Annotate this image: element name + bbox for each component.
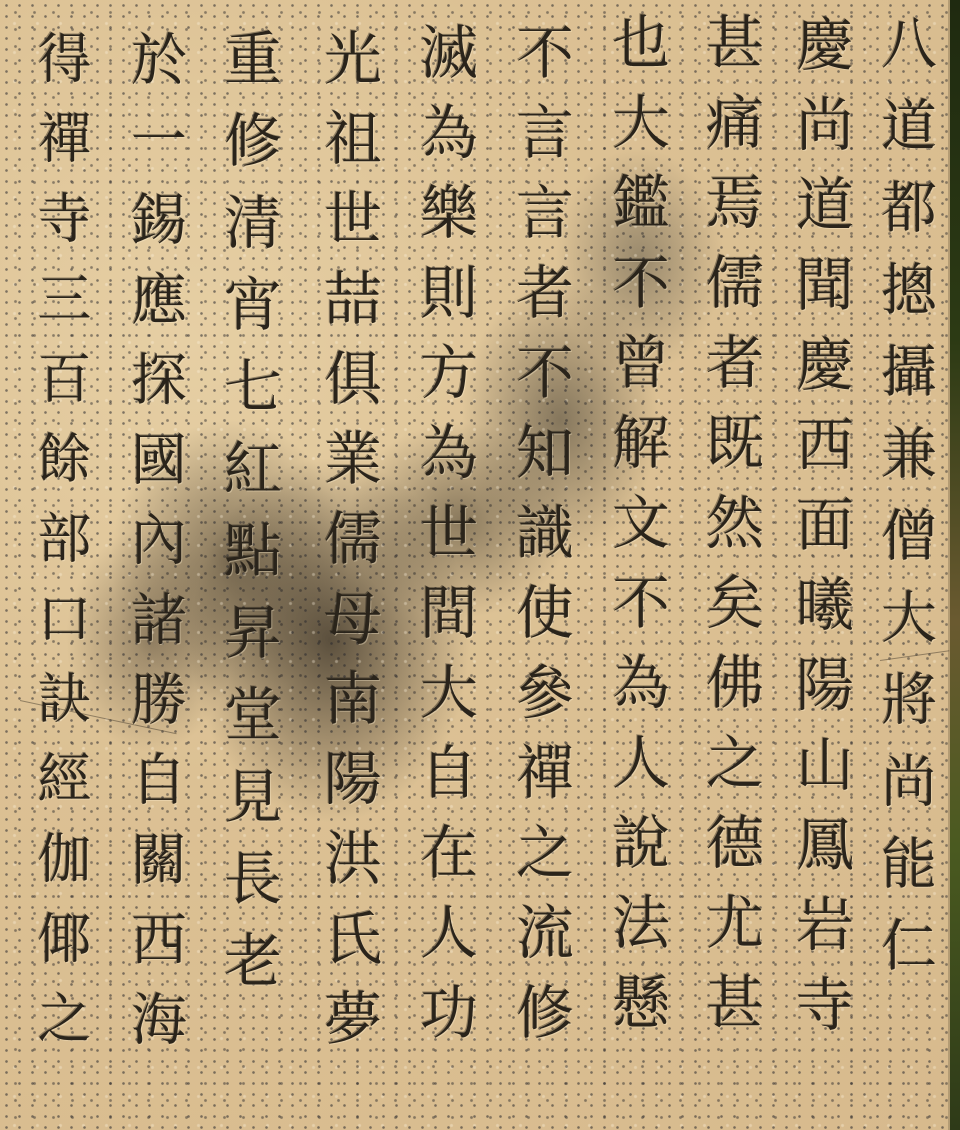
column-text: 八道都摠攝兼僧大將尚能仁 (876, 0, 932, 998)
inscription-column-5: 不言言者不知識使參禪之流修 (492, 0, 588, 1130)
inscription-column-6: 滅為樂則方為世間大自在人功 (396, 0, 492, 1130)
column-text: 甚痛焉儒者既然矣佛之德尤甚 (701, 0, 759, 1052)
inscription-column-10: 得禪寺三百餘部口訣經伽倻之 (12, 0, 108, 1130)
inscription: 八道都摠攝兼僧大將尚能仁 慶尚道聞慶西面曦陽山鳳岩寺 甚痛焉儒者既然矣佛之德尤甚… (0, 0, 948, 1130)
column-text: 也大鑑不曾解文不為人說法懸 (607, 0, 665, 1052)
column-text: 滅為樂則方為世間大自在人功 (415, 0, 473, 1062)
column-text: 光祖世喆俱業儒母南陽洪氏夢 (319, 0, 377, 1068)
column-text: 不言言者不知識使參禪之流修 (511, 0, 569, 1062)
inscription-column-9: 於一錫應探國內諸勝自關西海 (106, 0, 202, 1130)
column-text: 重修清宵七紅點昇堂見長老 (219, 0, 277, 1012)
inscription-column-3: 甚痛焉儒者既然矣佛之德尤甚 (682, 0, 778, 1130)
inscription-column-2: 慶尚道聞慶西面曦陽山鳳岩寺 (772, 0, 868, 1130)
column-text: 慶尚道聞慶西面曦陽山鳳岩寺 (791, 0, 849, 1054)
inscription-column-8: 重修清宵七紅點昇堂見長老 (200, 0, 296, 1130)
inscription-column-4: 也大鑑不曾解文不為人說法懸 (588, 0, 684, 1130)
inscription-column-7: 光祖世喆俱業儒母南陽洪氏夢 (300, 0, 396, 1130)
column-text: 於一錫應探國內諸勝自關西海 (126, 0, 182, 1070)
inscription-column-1: 八道都摠攝兼僧大將尚能仁 (856, 0, 952, 1130)
column-text: 得禪寺三百餘部口訣經伽倻之 (33, 0, 87, 1070)
stele-photo: 八道都摠攝兼僧大將尚能仁 慶尚道聞慶西面曦陽山鳳岩寺 甚痛焉儒者既然矣佛之德尤甚… (0, 0, 960, 1130)
